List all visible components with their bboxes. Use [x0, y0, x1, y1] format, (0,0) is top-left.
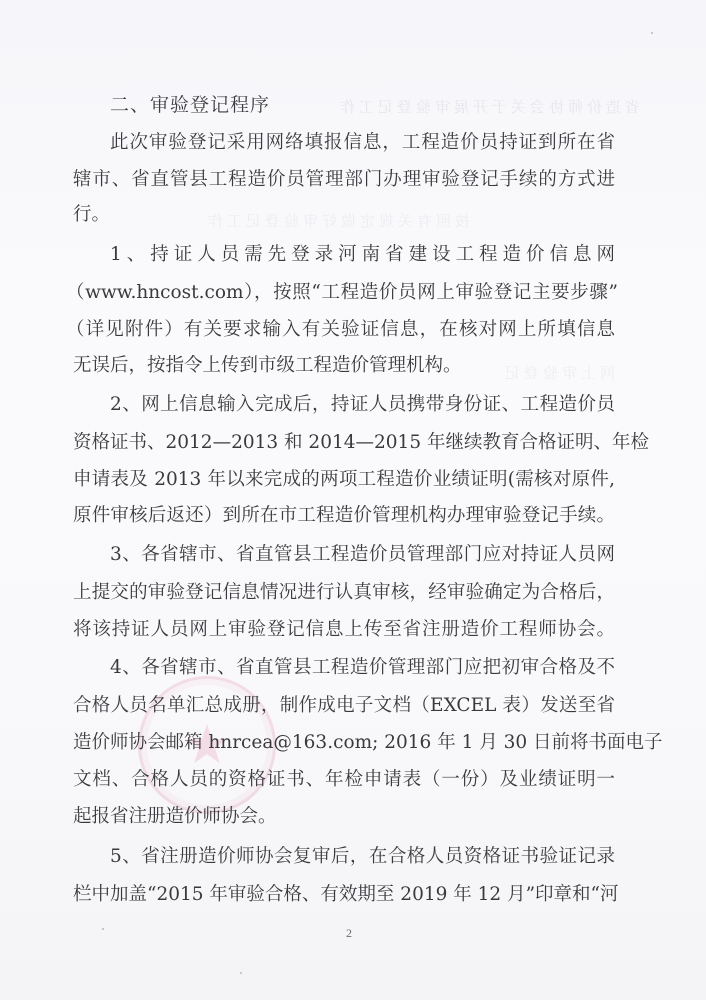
text-line: 此次审验登记采用网络填报信息，工程造价员持证到所在省 — [110, 131, 615, 155]
text-line: 造价师协会邮箱 hnrcea@163.com; 2016 年 1 月 30 日前… — [73, 731, 615, 755]
text-line: 行。 — [73, 203, 615, 227]
text-line: 3、各省辖市、省直管县工程造价员管理部门应对持证人员网 — [110, 543, 615, 567]
text-line: （详见附件）有关要求输入有关验证信息，在核对网上所填信息 — [66, 318, 615, 342]
text-line: 上提交的审验登记信息情况进行认真审核，经审验确定为合格后， — [73, 581, 615, 605]
bleed-through-text: 省造价师协会关于开展审验登记工作 — [300, 96, 640, 114]
text-line: 合格人员名单汇总成册，制作成电子文档（EXCEL 表）发送至省 — [73, 694, 615, 718]
scan-speck — [651, 32, 653, 34]
section-heading: 二、审验登记程序 — [110, 92, 270, 118]
text-line: 起报省注册造价师协会。 — [73, 805, 615, 829]
text-line: 文档、合格人员的资格证书、年检申请表（一份）及业绩证明一 — [73, 768, 615, 792]
page-number: 2 — [346, 926, 352, 941]
scan-speck — [240, 972, 242, 974]
text-line: 资格证书、2012—2013 和 2014—2015 年继续教育合格证明、年检 — [73, 431, 615, 455]
text-line: 将该持证人员网上审验登记信息上传至省注册造价工程师协会。 — [73, 618, 615, 642]
text-line: 5、省注册造价师协会复审后，在合格人员资格证书验证记录 — [110, 845, 615, 869]
text-line: 申请表及 2013 年以来完成的两项工程造价业绩证明(需核对原件, — [73, 468, 615, 492]
text-line: 无误后，按指令上传到市级工程造价管理机构。 — [73, 354, 615, 378]
text-line: 1、持证人员需先登录河南省建设工程造价信息网 — [110, 243, 615, 267]
scan-speck — [102, 928, 104, 930]
text-line: 原件审核后返还）到所在市工程造价管理机构办理审验登记手续。 — [73, 504, 615, 528]
text-line: 栏中加盖“2015 年审验合格、有效期至 2019 年 12 月”印章和“河 — [73, 883, 615, 907]
text-line: 辖市、省直管县工程造价员管理部门办理审验登记手续的方式进 — [73, 168, 615, 192]
text-line: 4、各省辖市、省直管县工程造价管理部门应把初审合格及不 — [110, 656, 615, 680]
text-line: 2、网上信息输入完成后，持证人员携带身份证、工程造价员 — [110, 393, 615, 417]
text-line: （www.hncost.com），按照“工程造价员网上审验登记主要步骤” — [66, 281, 618, 305]
